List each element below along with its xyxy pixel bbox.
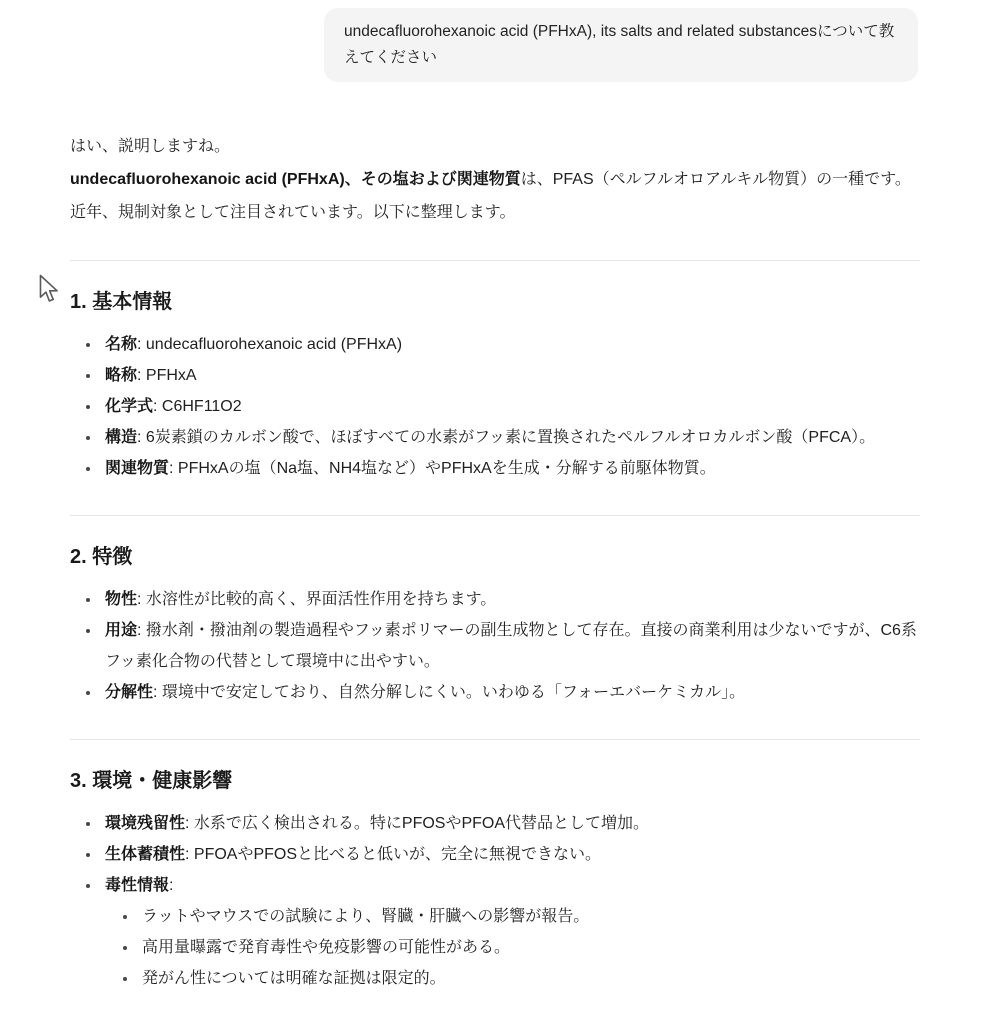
- item-separator: :: [169, 460, 178, 477]
- section-heading: 1. 基本情報: [70, 287, 920, 317]
- item-text: PFHxA: [146, 367, 197, 384]
- assistant-greeting: はい、説明しますね。: [70, 130, 920, 163]
- list-item: 生体蓄積性: PFOAやPFOSと比べると低いが、完全に無視できない。: [101, 839, 920, 870]
- item-separator: :: [153, 684, 162, 701]
- item-text: 水溶性が比較的高く、界面活性作用を持ちます。: [146, 591, 496, 608]
- item-text: PFHxAの塩（Na塩、NH4塩など）やPFHxAを生成・分解する前駆体物質。: [178, 460, 716, 477]
- item-text: 環境中で安定しており、自然分解しにくい。いわゆる「フォーエバーケミカル」。: [162, 684, 745, 701]
- list-item: 構造: 6炭素鎖のカルボン酸で、ほぼすべての水素がフッ素に置換されたペルフルオロ…: [101, 422, 920, 453]
- section-heading: 2. 特徴: [70, 542, 920, 572]
- mouse-cursor-icon: [39, 274, 59, 303]
- answer-section: 1. 基本情報 名称: undecafluorohexanoic acid (P…: [70, 260, 920, 484]
- list-item: 用途: 撥水剤・撥油剤の製造過程やフッ素ポリマーの副生成物として存在。直接の商業…: [101, 615, 920, 677]
- lead-bold-text: undecafluorohexanoic acid (PFHxA)、その塩および…: [70, 171, 521, 188]
- user-message-row: undecafluorohexanoic acid (PFHxA), its s…: [0, 0, 1006, 82]
- item-text: 撥水剤・撥油剤の製造過程やフッ素ポリマーの副生成物として存在。直接の商業利用は少…: [105, 622, 917, 670]
- section-divider: [70, 260, 920, 261]
- sub-list-item: 高用量曝露で発育毒性や免疫影響の可能性がある。: [138, 932, 920, 963]
- assistant-message: はい、説明しますね。 undecafluorohexanoic acid (PF…: [70, 130, 920, 1024]
- item-text: 水系で広く検出される。特にPFOSやPFOA代替品として増加。: [194, 815, 649, 832]
- item-label: 略称: [105, 367, 137, 384]
- item-separator: :: [137, 591, 146, 608]
- item-separator: :: [169, 877, 173, 894]
- section-list: 物性: 水溶性が比較的高く、界面活性作用を持ちます。用途: 撥水剤・撥油剤の製造…: [70, 584, 920, 708]
- item-label: 名称: [105, 336, 137, 353]
- item-separator: :: [153, 398, 162, 415]
- item-label: 化学式: [105, 398, 153, 415]
- item-label: 物性: [105, 591, 137, 608]
- item-text: undecafluorohexanoic acid (PFHxA): [146, 336, 402, 353]
- item-label: 分解性: [105, 684, 153, 701]
- item-text: 6炭素鎖のカルボン酸で、ほぼすべての水素がフッ素に置換されたペルフルオロカルボン…: [146, 429, 875, 446]
- list-item: 化学式: C6HF11O2: [101, 391, 920, 422]
- item-text: PFOAやPFOSと比べると低いが、完全に無視できない。: [194, 846, 601, 863]
- item-text: C6HF11O2: [162, 398, 242, 415]
- sub-list-item: ラットやマウスでの試験により、腎臓・肝臓への影響が報告。: [138, 901, 920, 932]
- list-item: 環境残留性: 水系で広く検出される。特にPFOSやPFOA代替品として増加。: [101, 808, 920, 839]
- item-separator: :: [185, 815, 194, 832]
- sub-list-item: 発がん性については明確な証拠は限定的。: [138, 963, 920, 994]
- section-list: 名称: undecafluorohexanoic acid (PFHxA)略称:…: [70, 329, 920, 484]
- sections-host: 1. 基本情報 名称: undecafluorohexanoic acid (P…: [70, 260, 920, 994]
- answer-section: 3. 環境・健康影響 環境残留性: 水系で広く検出される。特にPFOSやPFOA…: [70, 739, 920, 994]
- item-label: 構造: [105, 429, 137, 446]
- item-separator: :: [137, 622, 146, 639]
- list-item: 名称: undecafluorohexanoic acid (PFHxA): [101, 329, 920, 360]
- section-divider: [70, 739, 920, 740]
- list-item: 毒性情報: ラットやマウスでの試験により、腎臓・肝臓への影響が報告。高用量曝露で…: [101, 870, 920, 994]
- item-separator: :: [137, 429, 146, 446]
- section-list: 環境残留性: 水系で広く検出される。特にPFOSやPFOA代替品として増加。生体…: [70, 808, 920, 994]
- item-label: 関連物質: [105, 460, 169, 477]
- item-separator: :: [137, 367, 146, 384]
- item-separator: :: [185, 846, 194, 863]
- user-message-text: undecafluorohexanoic acid (PFHxA), its s…: [344, 23, 894, 66]
- item-separator: :: [137, 336, 146, 353]
- item-label: 毒性情報: [105, 877, 169, 894]
- sub-list: ラットやマウスでの試験により、腎臓・肝臓への影響が報告。高用量曝露で発育毒性や免…: [105, 901, 920, 994]
- chat-page: undecafluorohexanoic acid (PFHxA), its s…: [0, 0, 1006, 1024]
- section-heading: 3. 環境・健康影響: [70, 766, 920, 796]
- section-divider: [70, 515, 920, 516]
- item-label: 生体蓄積性: [105, 846, 185, 863]
- assistant-lead-paragraph: undecafluorohexanoic acid (PFHxA)、その塩および…: [70, 163, 920, 229]
- user-message-bubble: undecafluorohexanoic acid (PFHxA), its s…: [324, 8, 918, 82]
- list-item: 関連物質: PFHxAの塩（Na塩、NH4塩など）やPFHxAを生成・分解する前…: [101, 453, 920, 484]
- list-item: 略称: PFHxA: [101, 360, 920, 391]
- list-item: 物性: 水溶性が比較的高く、界面活性作用を持ちます。: [101, 584, 920, 615]
- answer-section: 2. 特徴 物性: 水溶性が比較的高く、界面活性作用を持ちます。用途: 撥水剤・…: [70, 515, 920, 708]
- item-label: 環境残留性: [105, 815, 185, 832]
- item-label: 用途: [105, 622, 137, 639]
- list-item: 分解性: 環境中で安定しており、自然分解しにくい。いわゆる「フォーエバーケミカル…: [101, 677, 920, 708]
